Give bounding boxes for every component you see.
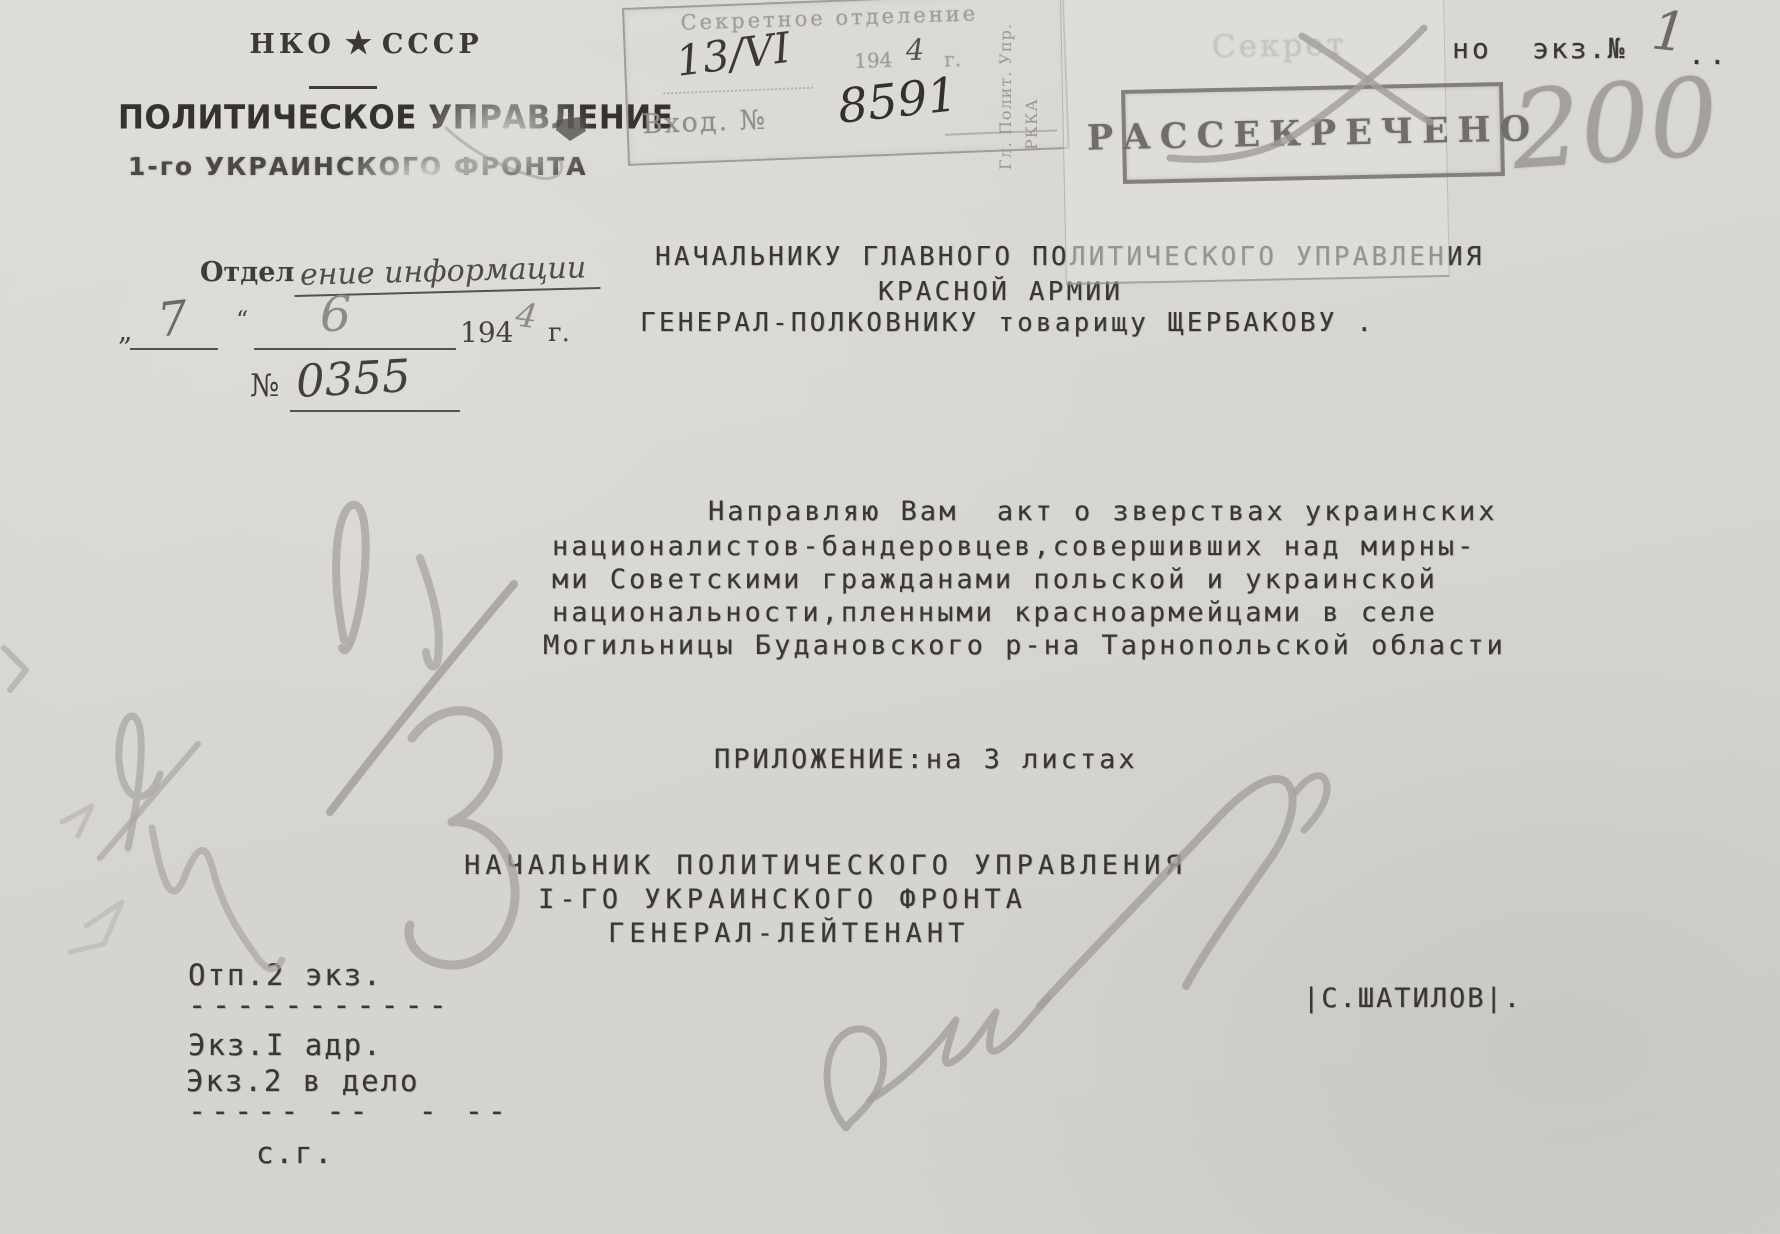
- star-icon: ★: [345, 26, 372, 61]
- footer-initials: с.г.: [256, 1136, 334, 1170]
- signature-autograph-rise: [1040, 779, 1293, 1006]
- pencil-page-number: 200: [1508, 55, 1722, 194]
- signature-autograph-waves: [870, 998, 1048, 1100]
- letterhead-divider: [309, 86, 377, 89]
- signer-title-2: I-ГО УКРАИНСКОГО ФРОНТА: [538, 884, 1027, 915]
- pencil-left-arrow-1: [62, 806, 92, 836]
- secret-typed-suffix: но: [1452, 32, 1492, 65]
- signer-title-3: ГЕНЕРАЛ-ЛЕЙТЕНАНТ: [608, 918, 969, 949]
- body-line-3: ми Советскими гражданами польской и укра…: [552, 564, 1438, 595]
- footer-dashes-1: -----------: [188, 988, 453, 1023]
- body-line-1: Направляю Вам акт о зверствах украинских: [708, 496, 1497, 527]
- date-day-line: [130, 348, 218, 350]
- signature-autograph-loop: [827, 1029, 884, 1128]
- org-left: НКО: [249, 29, 335, 60]
- pencil-left-zigzag: [152, 828, 282, 969]
- signer-name: |С.ШАТИЛОВ|.: [1303, 983, 1522, 1014]
- body-line-5: Могильницы Будановского р-на Тарнопольск…: [543, 630, 1506, 661]
- document-scan: НКО★СССР ПОЛИТИЧЕСКОЕ УПРАВЛЕНИЕ 1-го УК…: [0, 0, 1780, 1234]
- org-right: СССР: [382, 29, 483, 60]
- date-year-printed: 194: [460, 316, 513, 349]
- dept-row: Отделение информации: [200, 254, 601, 293]
- doc-number-label: №: [250, 368, 279, 404]
- incoming-year-printed: 194: [854, 48, 893, 73]
- pencil-left-arrow-2: [70, 902, 122, 952]
- pencil-left-tick: [4, 648, 26, 690]
- date-year-suffix: г.: [548, 318, 570, 348]
- pencil-left-loop: [119, 716, 160, 848]
- date-day-handwritten: 7: [155, 290, 191, 348]
- pencil-center-slash: [330, 584, 514, 812]
- date-open-quote: „: [118, 314, 133, 347]
- dept-label: Отдел: [200, 257, 294, 288]
- declassified-stamp: РАССЕКРЕЧЕНО: [1121, 82, 1505, 184]
- date-year-handwritten: 4: [513, 295, 539, 337]
- addressee-line-3: ГЕНЕРАЛ-ПОЛКОВНИКУ товарищу ЩЕРБАКОВУ .: [640, 308, 1375, 338]
- pencil-left-slash: [100, 744, 198, 858]
- date-month-line: [254, 348, 456, 350]
- attachment-line: ПРИЛОЖЕНИЕ:на 3 листах: [714, 744, 1138, 775]
- copy-number-handwritten: 1: [1649, 0, 1690, 65]
- date-month-handwritten: 6: [320, 286, 351, 343]
- date-close-quote: “: [236, 306, 248, 334]
- incoming-year-handwritten: 4: [905, 32, 925, 67]
- footer-copies: Отп.2 экз.: [188, 958, 383, 992]
- copy-label: экз.№: [1532, 32, 1626, 65]
- letterhead-org-line: НКО★СССР: [248, 26, 484, 61]
- doc-number-handwritten: 0355: [295, 349, 412, 408]
- incoming-stamp-side-text: Гл. Полит. Упр.: [996, 23, 1015, 170]
- footer-copy-1: Экз.I адр.: [188, 1028, 383, 1062]
- footer-copy-2: Экз.2 в дело: [186, 1064, 420, 1098]
- pencil-numeral-3: [409, 711, 515, 965]
- incoming-date-line: [663, 87, 813, 95]
- body-line-2: националистов-бандеровцев,совершивших на…: [552, 531, 1476, 562]
- pencil-center-leaf: [336, 505, 366, 651]
- doc-number-line: [290, 410, 460, 412]
- signature-autograph-top-loop: [1296, 776, 1327, 830]
- signer-title-1: НАЧАЛЬНИК ПОЛИТИЧЕСКОГО УПРАВЛЕНИЯ: [464, 850, 1187, 881]
- body-line-4: национальности,пленными красноармейцами …: [552, 597, 1438, 628]
- footer-dashes-2: ----- -- - --: [188, 1094, 511, 1129]
- incoming-entry-number: 8591: [835, 67, 960, 135]
- paper-damage-smudge-3: [470, 30, 590, 110]
- incoming-entry-label: Вход. №: [642, 105, 768, 141]
- pencil-center-hook: [420, 558, 439, 667]
- paper-damage-smudge-2: [340, 140, 510, 214]
- incoming-stamp-side-text-2: РККА: [1022, 98, 1041, 150]
